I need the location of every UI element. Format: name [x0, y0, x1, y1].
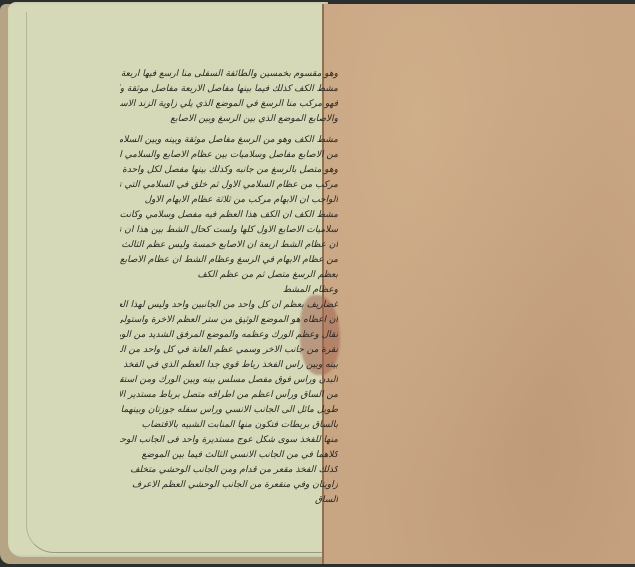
text-line: مشط الكف ان الكف هذا العظم فيه مفصل وسلا… [120, 209, 338, 222]
text-line: بينه وبين راس الفخذ رباط قوي جدا العظم ا… [120, 359, 338, 372]
text-line: وعظام المشط [120, 284, 338, 297]
text-line: بعظم الرسغ متصل ثم من عظم الكف [120, 269, 338, 282]
text-line: مركب من عظام السلامي الاول ثم خلق في الس… [120, 179, 338, 192]
text-line: زاويتان وفي منقعرة من الجانب الوحشي العظ… [120, 479, 338, 492]
text-line: مشط الكف كذلك فيما بينها مفاصل الاربعة م… [120, 83, 338, 96]
manuscript-text: وهو مقسوم بخمسين والطائفة السفلى منا ارس… [120, 68, 338, 498]
text-line: فهو مركب منا الرسغ في الموضع الذي يلي زا… [120, 98, 338, 111]
text-line: البدن وراس فوق مفصل مسلس بينه وبين الورك… [120, 374, 338, 387]
text-line: وهو مقسوم بخمسين والطائفة السفلى منا ارس… [120, 68, 338, 81]
text-line: منها للفخذ سوى شكل عوج مستديرة واحد فى ا… [120, 434, 338, 447]
text-line: مشط الكف وهو من الرسغ مفاصل موثقة وبينه … [120, 134, 338, 147]
text-line: كلاهما في من الجانب الانسي الثالث فيما ب… [120, 449, 338, 462]
text-line: طويل مائل الى الجانب الانسي وراس سفله جو… [120, 404, 338, 417]
text-line: بالساق بربطات فتكون منها المنابت الشبيه … [120, 419, 338, 432]
text-line: من الساق ورأس اعظم من اطرافه متصل برباط … [120, 389, 338, 402]
text-line: من الاصابع مفاصل وسلاميات بين عظام الاصا… [120, 149, 338, 162]
text-line: سلاميات الاصابع الاول كلها ولست كحال الش… [120, 224, 338, 237]
text-line: والاصابع الموضع الذي بين الرسغ وبين الاص… [120, 113, 338, 126]
text-line: نقال وعظم الورك وعظمه والموضع المرفق الش… [120, 329, 338, 342]
text-line: ان عظام الشط اربعة ان الاصابع خمسة وليس … [120, 239, 338, 252]
text-line: من عظام الابهام في الرسغ وعظام الشط ان ع… [120, 254, 338, 267]
text-line: ان اعظاه هو الموضع الوثيق من ستر العظم ا… [120, 314, 338, 327]
text-line: الواجب ان الابهام مركب من ثلاثة عظام الا… [120, 194, 338, 207]
right-blank-page [322, 4, 635, 564]
text-line: غضاريف بعظم ان كل واحد من الجانبين واحد … [120, 299, 338, 312]
text-line: الساق [120, 494, 338, 507]
text-line: وهو متصل بالرسغ من جانبه وكذلك بينها مفص… [120, 164, 338, 177]
text-line: كذلك الفخذ مقعر من قدام ومن الجانب الوحش… [120, 464, 338, 477]
text-line: نقرة من جانب الاخر وسمي عظم العانة في كل… [120, 344, 338, 357]
